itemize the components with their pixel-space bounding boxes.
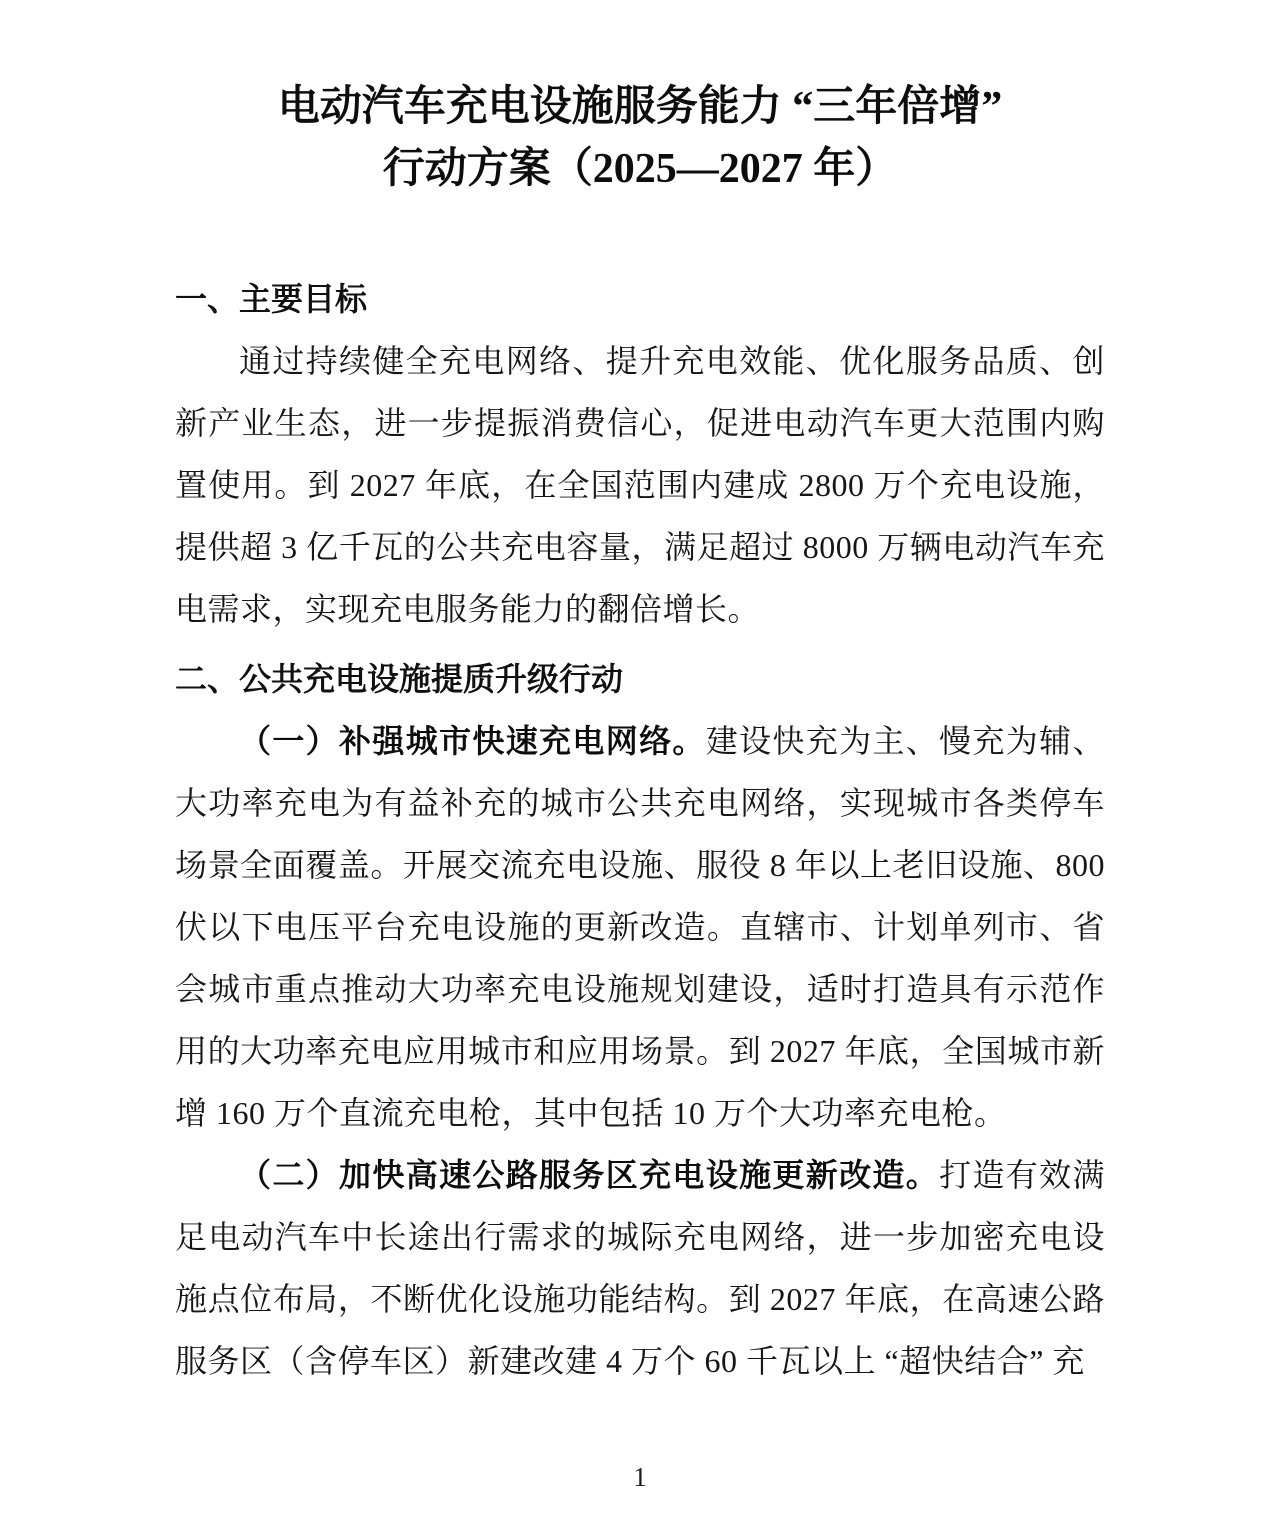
section-public-charging-upgrade: 二、公共充电设施提质升级行动 （一）补强城市快速充电网络。建设快充为主、慢充为辅… [175,648,1105,1392]
document-title-line-2: 行动方案（2025—2027 年） [175,138,1105,200]
document-title-line-1: 电动汽车充电设施服务能力 “三年倍增” [175,76,1105,138]
paragraph-city-fast-charging-text: 建设快充为主、慢充为辅、大功率充电为有益补充的城市公共充电网络，实现城市各类停车… [175,723,1105,1131]
paragraph-city-fast-charging: （一）补强城市快速充电网络。建设快充为主、慢充为辅、大功率充电为有益补充的城市公… [175,710,1105,1144]
document-title: 电动汽车充电设施服务能力 “三年倍增” 行动方案（2025—2027 年） [175,76,1105,200]
paragraph-highway-service-area: （二）加快高速公路服务区充电设施更新改造。打造有效满足电动汽车中长途出行需求的城… [175,1144,1105,1392]
section-heading-public-charging-upgrade: 二、公共充电设施提质升级行动 [175,648,1105,710]
paragraph-goals-text: 通过持续健全充电网络、提升充电效能、优化服务品质、创新产业生态，进一步提振消费信… [175,343,1105,627]
paragraph-highway-service-area-lead: （二）加快高速公路服务区充电设施更新改造。 [239,1157,939,1193]
document-page: 电动汽车充电设施服务能力 “三年倍增” 行动方案（2025—2027 年） 一、… [0,0,1280,1513]
paragraph-goals: 通过持续健全充电网络、提升充电效能、优化服务品质、创新产业生态，进一步提振消费信… [175,330,1105,640]
paragraph-city-fast-charging-lead: （一）补强城市快速充电网络。 [239,723,706,759]
section-heading-main-goals: 一、主要目标 [175,268,1105,330]
section-main-goals: 一、主要目标 通过持续健全充电网络、提升充电效能、优化服务品质、创新产业生态，进… [175,268,1105,640]
page-number: 1 [0,1457,1280,1497]
